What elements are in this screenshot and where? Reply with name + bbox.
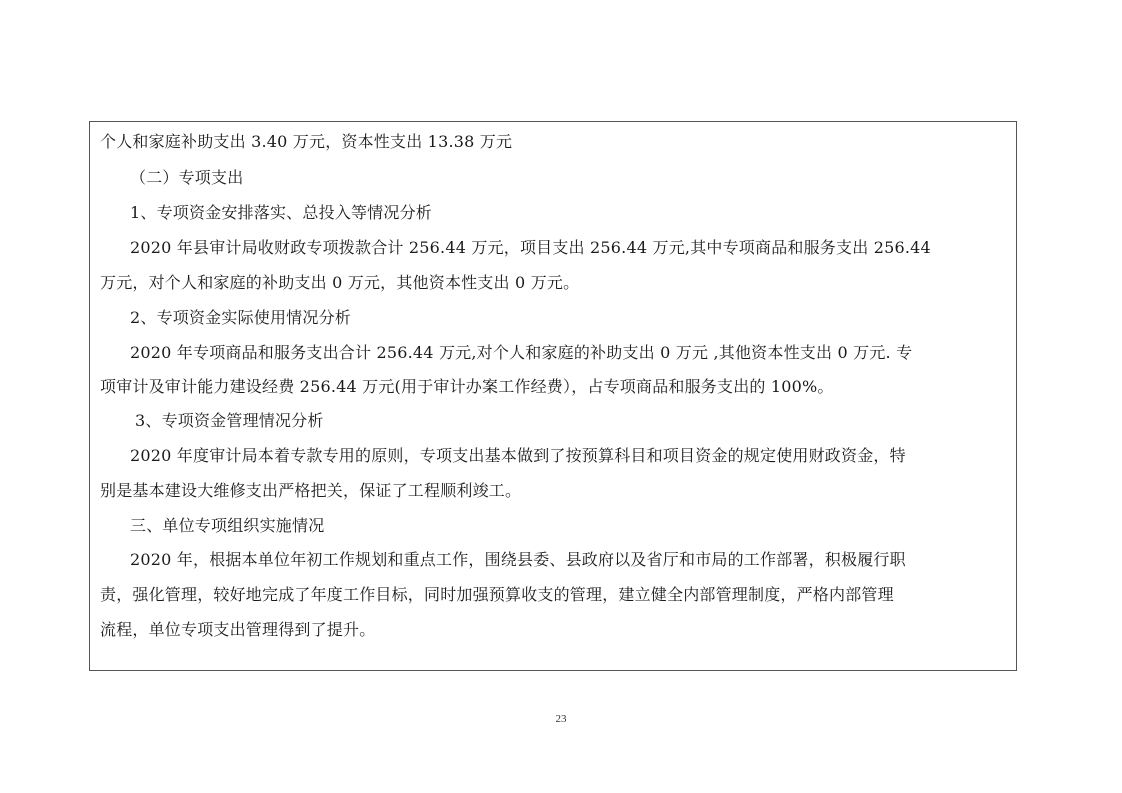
subsection-heading: 2、专项资金实际使用情况分析 [130, 308, 351, 328]
paragraph-line: 个人和家庭补助支出 3.40 万元，资本性支出 13.38 万元 [100, 132, 512, 152]
paragraph-line: 别是基本建设大维修支出严格把关，保证了工程顺利竣工。 [100, 481, 521, 501]
content-box: 个人和家庭补助支出 3.40 万元，资本性支出 13.38 万元 （二）专项支出… [89, 121, 1017, 671]
subsection-heading: 3、专项资金管理情况分析 [135, 411, 324, 431]
paragraph-line: 2020 年度审计局本着专款专用的原则，专项支出基本做到了按预算科目和项目资金的… [130, 446, 906, 466]
paragraph-line: 2020 年，根据本单位年初工作规划和重点工作，围绕县委、县政府以及省厅和市局的… [130, 550, 906, 570]
section-heading: 三、单位专项组织实施情况 [130, 516, 324, 536]
paragraph-line: 责，强化管理，较好地完成了年度工作目标，同时加强预算收支的管理，建立健全内部管理… [100, 585, 894, 605]
page-number: 23 [0, 713, 1122, 725]
section-heading: （二）专项支出 [130, 168, 243, 188]
paragraph-line: 项审计及审计能力建设经费 256.44 万元(用于审计办案工作经费），占专项商品… [100, 377, 834, 397]
subsection-heading: 1、专项资金安排落实、总投入等情况分析 [130, 203, 432, 223]
paragraph-line: 2020 年县审计局收财政专项拨款合计 256.44 万元，项目支出 256.4… [130, 238, 931, 258]
paragraph-line: 万元，对个人和家庭的补助支出 0 万元，其他资本性支出 0 万元。 [100, 273, 579, 293]
paragraph-line: 2020 年专项商品和服务支出合计 256.44 万元,对个人和家庭的补助支出 … [130, 343, 912, 363]
paragraph-line: 流程，单位专项支出管理得到了提升。 [100, 620, 375, 640]
